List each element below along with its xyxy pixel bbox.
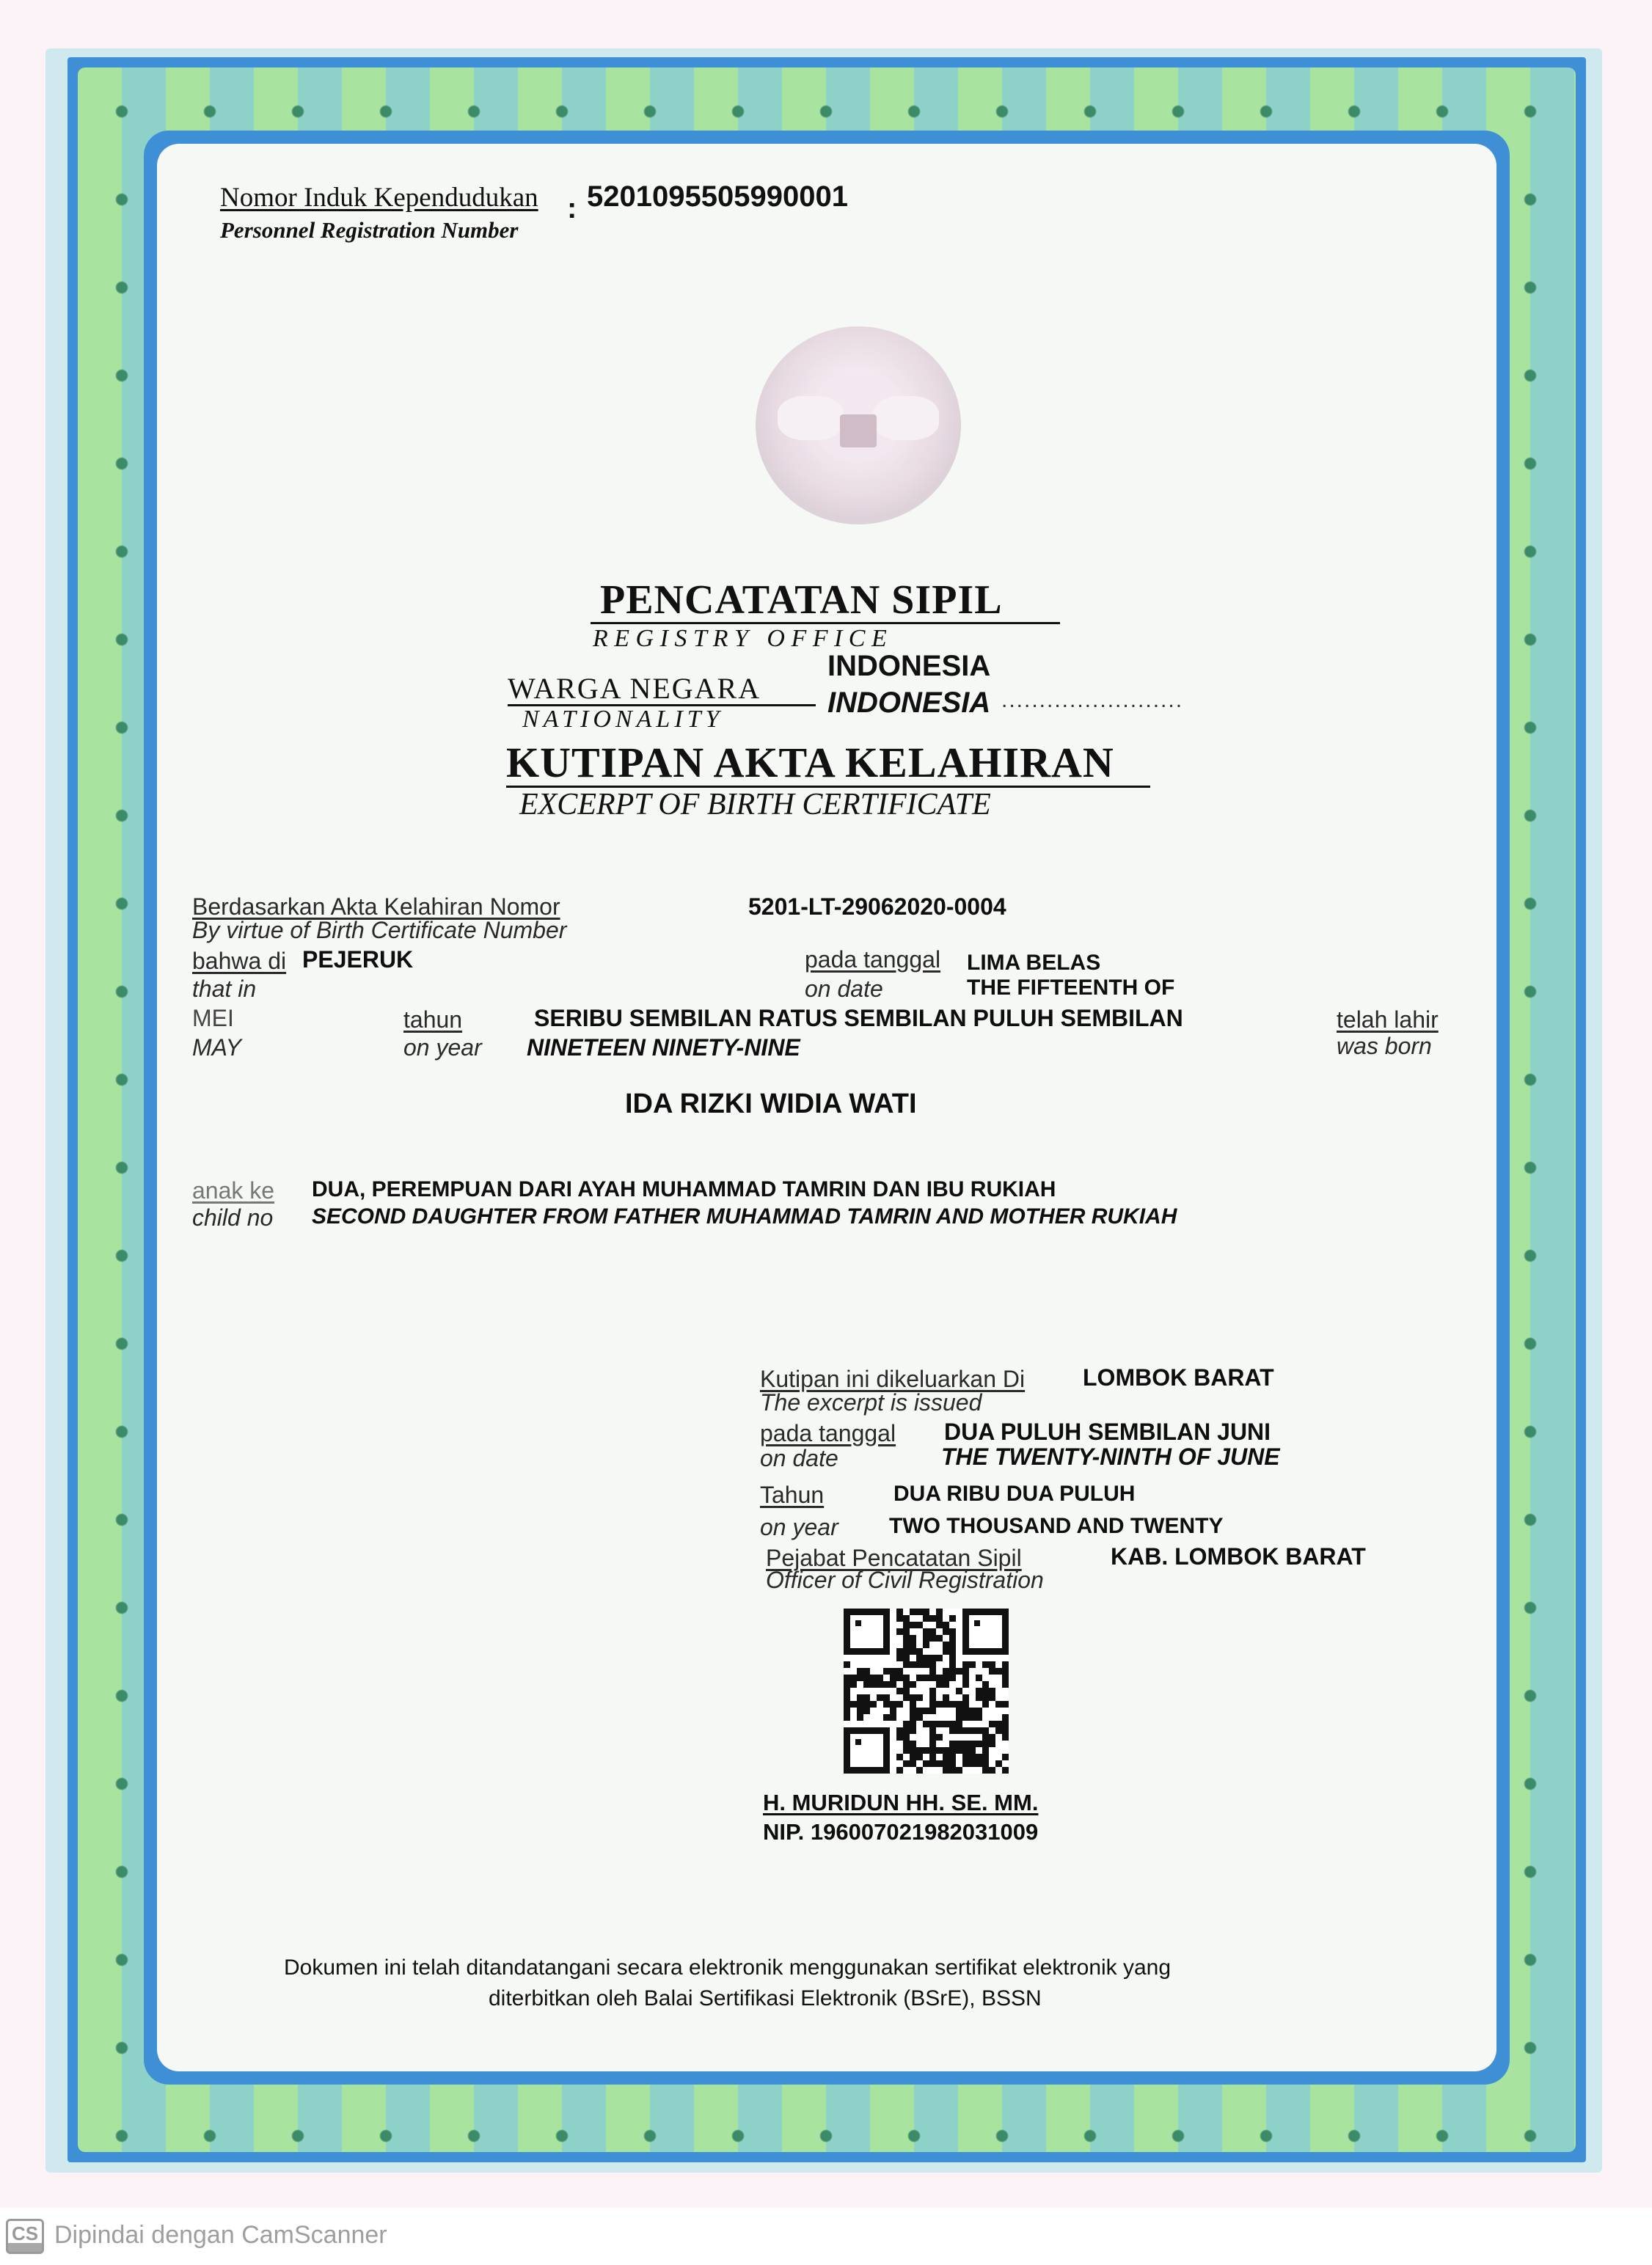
signatory-name: H. MURIDUN HH. SE. MM. <box>763 1790 1038 1816</box>
nationality-label-en: NATIONALITY <box>522 706 723 733</box>
esign-statement-line1: Dokumen ini telah ditandatangani secara … <box>284 1955 1171 1980</box>
birth-month-value-en: MAY <box>192 1034 241 1061</box>
born-label: telah lahir <box>1337 1006 1439 1033</box>
cert-number-label-en: By virtue of Birth Certificate Number <box>192 917 566 944</box>
birth-day-value: LIMA BELAS <box>967 951 1100 976</box>
place-label: bahwa di <box>192 948 286 975</box>
birth-year-value: SERIBU SEMBILAN RATUS SEMBILAN PULUH SEM… <box>534 1005 1183 1032</box>
officer-label-en: Officer of Civil Registration <box>766 1567 1044 1594</box>
place-value: PEJERUK <box>302 946 413 973</box>
cert-number-value: 5201-LT-29062020-0004 <box>748 893 1006 921</box>
child-no-value-en: SECOND DAUGHTER FROM FATHER MUHAMMAD TAM… <box>312 1204 1177 1229</box>
qr-code[interactable] <box>844 1609 1009 1774</box>
nationality-value-en: INDONESIA <box>827 687 990 720</box>
issued-year-label-en: on year <box>760 1514 838 1541</box>
officer-region: KAB. LOMBOK BARAT <box>1111 1543 1366 1570</box>
birth-date-label-en: on date <box>805 976 883 1003</box>
document-title: KUTIPAN AKTA KELAHIRAN <box>506 738 1114 787</box>
nationality-dots: ........................ <box>1001 688 1183 713</box>
child-no-value: DUA, PEREMPUAN DARI AYAH MUHAMMAD TAMRIN… <box>312 1177 1056 1202</box>
nik-label-en: Personnel Registration Number <box>220 217 519 244</box>
garuda-emblem-icon <box>756 326 961 524</box>
issued-place: LOMBOK BARAT <box>1083 1364 1274 1391</box>
nationality-label: WARGA NEGARA <box>508 671 761 706</box>
birth-year-label: tahun <box>403 1006 462 1033</box>
born-label-en: was born <box>1337 1033 1432 1060</box>
nik-colon: : <box>567 192 577 225</box>
office-title-rule <box>591 622 1060 624</box>
nik-label: Nomor Induk Kependudukan <box>220 182 538 213</box>
office-title: PENCATATAN SIPIL <box>600 577 1003 623</box>
child-no-label: anak ke <box>192 1177 274 1204</box>
camscanner-logo-icon: CS <box>6 2219 44 2254</box>
birth-month-value: MEI <box>192 1005 234 1032</box>
issued-year-value: DUA RIBU DUA PULUH <box>893 1482 1135 1507</box>
birth-date-label: pada tanggal <box>805 946 940 973</box>
issued-year-label: Tahun <box>760 1482 824 1509</box>
nik-value: 5201095505990001 <box>587 180 848 213</box>
office-title-en: R E G I S T R Y O F F I C E <box>593 625 887 653</box>
issued-year-value-en: TWO THOUSAND AND TWENTY <box>889 1514 1224 1539</box>
nationality-value: INDONESIA <box>827 650 990 683</box>
birth-day-value-en: THE FIFTEENTH OF <box>967 976 1174 1000</box>
child-name: IDA RIZKI WIDIA WATI <box>625 1088 917 1120</box>
child-no-label-en: child no <box>192 1204 273 1232</box>
issued-date-label-en: on date <box>760 1445 838 1472</box>
birth-year-value-en: NINETEEN NINETY-NINE <box>527 1034 800 1061</box>
document-title-en: EXCERPT OF BIRTH CERTIFICATE <box>519 787 991 822</box>
camscanner-watermark: Dipindai dengan CamScanner <box>54 2221 387 2250</box>
esign-statement-line2: diterbitkan oleh Balai Sertifikasi Elekt… <box>489 1986 1042 2011</box>
signatory-nip: NIP. 196007021982031009 <box>763 1819 1038 1845</box>
issued-date-label: pada tanggal <box>760 1420 896 1447</box>
birth-year-label-en: on year <box>403 1034 482 1061</box>
issued-date-value-en: THE TWENTY-NINTH OF JUNE <box>941 1443 1280 1471</box>
place-label-en: that in <box>192 976 256 1003</box>
issued-date-value: DUA PULUH SEMBILAN JUNI <box>944 1419 1271 1446</box>
issued-label-en: The excerpt is issued <box>760 1389 982 1416</box>
